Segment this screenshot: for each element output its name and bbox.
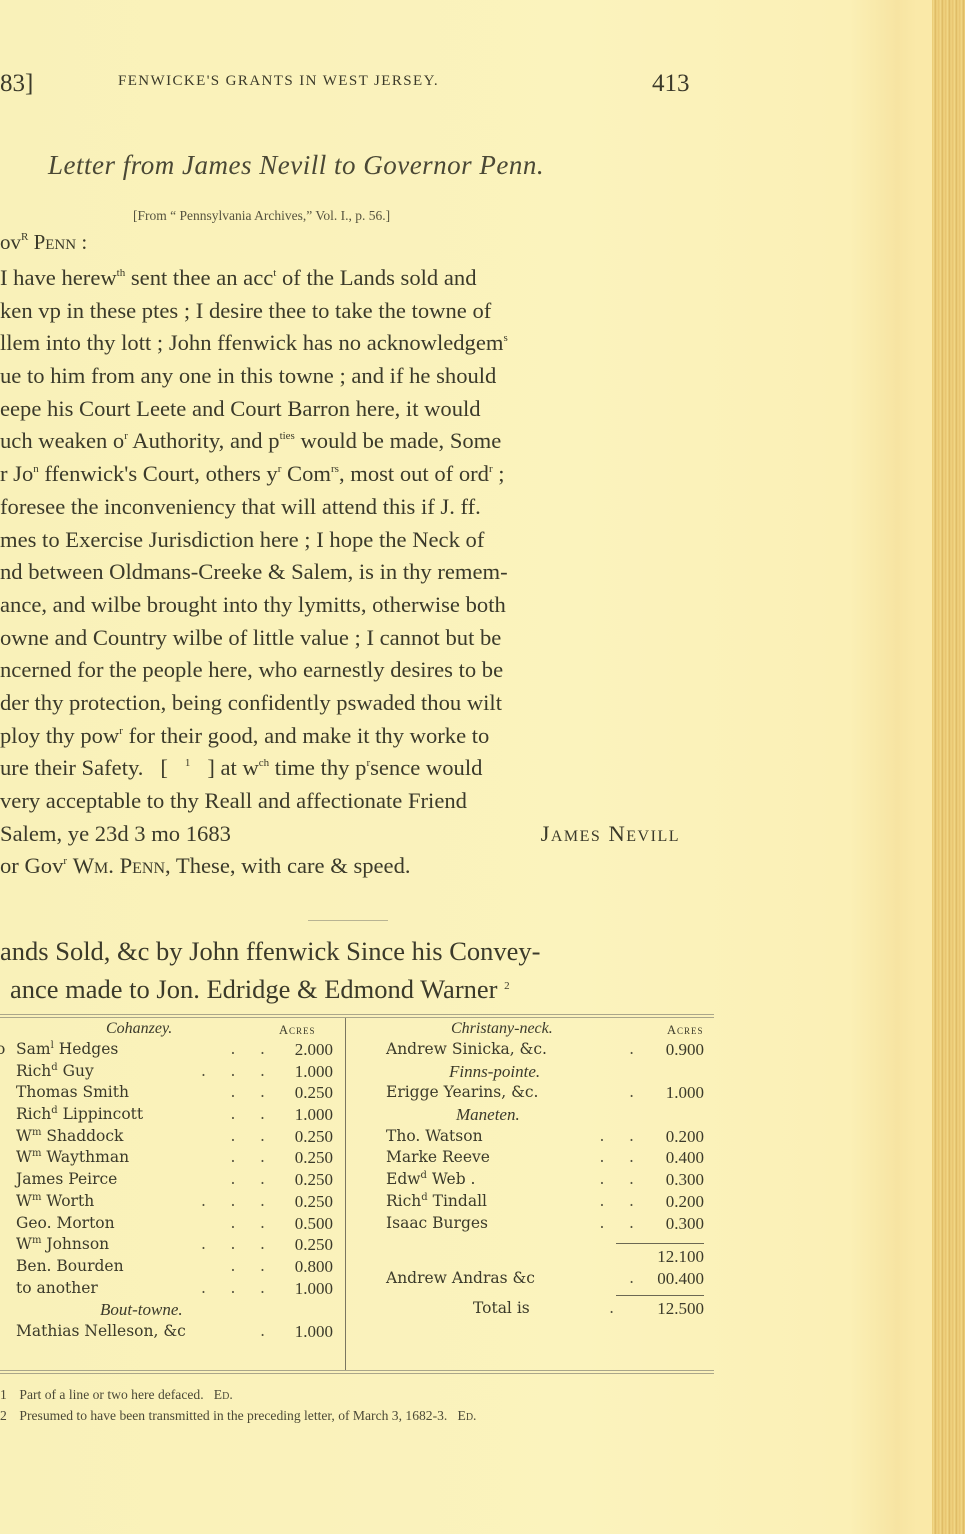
text-run: would be made, Some <box>295 428 501 453</box>
row-name: Isaac Burges <box>386 1214 488 1232</box>
running-head-fragment: 83] <box>0 70 33 98</box>
footnote-ed: Ed. <box>458 1408 477 1423</box>
letter-line: owne and Country wilbe of little value ;… <box>0 622 712 655</box>
leader-dots: . . . <box>201 1062 265 1080</box>
table-column-right: Christany-neck. Acres Andrew Sinicka, &c… <box>346 1018 714 1370</box>
acres-value: 0.500 <box>295 1214 333 1234</box>
right-rows: Andrew Sinicka, &c..0.900Finns-pointe.Er… <box>346 1040 714 1320</box>
footnote-mark: 1 <box>0 1384 16 1405</box>
running-head: 83] Fenwicke's Grants in West Jersey. 41… <box>0 70 710 106</box>
acres-value: 2.000 <box>295 1040 333 1060</box>
row-lead: o <box>0 1040 5 1058</box>
row-name: Wm Worth <box>16 1192 94 1210</box>
running-head-title: Fenwicke's Grants in West Jersey. <box>118 73 439 90</box>
table-row: Isaac Burges. .0.300 <box>346 1214 714 1236</box>
leader-dots: . <box>609 1299 614 1317</box>
letter-title: Letter from James Nevill to Governor Pen… <box>48 150 544 181</box>
land-sales-table: Cohanzey. Acres oSaml Hedges. .2.000Rich… <box>0 1014 714 1374</box>
acres-value: 0.250 <box>295 1170 333 1190</box>
row-name: Edwd Web . <box>386 1170 475 1188</box>
text-run: nd between Oldmans-Creeke & Salem, is in… <box>0 559 508 584</box>
table-row: Wm Waythman. .0.250 <box>0 1148 345 1170</box>
text-run: ploy thy pow <box>0 723 119 748</box>
acres-value: 0.200 <box>666 1127 704 1147</box>
acres-value: 1.000 <box>295 1279 333 1299</box>
salutation-prefix: ov <box>0 230 21 254</box>
salutation: ovR Penn : <box>0 230 87 255</box>
table-row: Wm Worth. . .0.250 <box>0 1192 345 1214</box>
acres-header-left: Acres <box>279 1023 316 1038</box>
text-run: ue to him from any one in this towne ; a… <box>0 363 496 388</box>
table-row: Geo. Morton. .0.500 <box>0 1214 345 1236</box>
text-run: ance, and wilbe brought into thy lymitts… <box>0 592 506 617</box>
superscript: d <box>421 1192 427 1203</box>
dateline-row: Salem, ye 23d 3 mo 1683 James Nevill <box>0 818 680 851</box>
footnote-text: Part of a line or two here defaced. <box>19 1387 203 1402</box>
text-run: der thy protection, being confidently ps… <box>0 690 502 715</box>
superscript: m <box>32 1192 41 1203</box>
acres-value: 0.300 <box>666 1170 704 1190</box>
letter-line: mes to Exercise Jurisdiction here ; I ho… <box>0 524 712 557</box>
row-name: Total is <box>473 1299 530 1317</box>
list-heading: ands Sold, &c by John ffenwick Since his… <box>0 932 541 1008</box>
acres-value: 0.250 <box>295 1127 333 1147</box>
column-header-right: Christany-neck. Acres <box>346 1018 714 1040</box>
row-name: Andrew Sinicka, &c. <box>386 1040 547 1058</box>
footnotes: 1 Part of a line or two here defaced. Ed… <box>0 1384 476 1426</box>
acres-value: 0.200 <box>666 1192 704 1212</box>
table-row: Mathias Nelleson, &c.1.000 <box>0 1322 345 1344</box>
leader-dots: . . <box>231 1257 266 1275</box>
table-columns: Cohanzey. Acres oSaml Hedges. .2.000Rich… <box>0 1018 714 1370</box>
acres-value: 12.100 <box>657 1247 704 1267</box>
acres-value: 1.000 <box>295 1322 333 1342</box>
table-row: Ben. Bourden. .0.800 <box>0 1257 345 1279</box>
leader-dots: . . . <box>201 1279 265 1297</box>
text-run: uch weaken o <box>0 428 124 453</box>
text-run: mes to Exercise Jurisdiction here ; I ho… <box>0 527 484 552</box>
sub-place-row: Maneten. <box>346 1105 714 1127</box>
row-name: Richd Lippincott <box>16 1105 143 1123</box>
place-name: Finns-pointe. <box>449 1062 540 1082</box>
acres-value: 0.250 <box>295 1148 333 1168</box>
footnote-ref: 2 <box>504 980 510 992</box>
text-run: , most out of ord <box>339 461 489 486</box>
acres-value: 0.250 <box>295 1083 333 1103</box>
place-cohanzey: Cohanzey. <box>106 1020 172 1038</box>
leader-dots: . . <box>231 1127 266 1145</box>
leader-dots: . . . <box>201 1235 265 1253</box>
row-name: Mathias Nelleson, &c <box>16 1322 186 1340</box>
list-heading-line1: ands Sold, &c by John ffenwick Since his… <box>0 932 541 970</box>
leader-dots: . . <box>231 1040 266 1058</box>
footnote-1: 1 Part of a line or two here defaced. Ed… <box>0 1384 476 1405</box>
leader-dots: . <box>260 1322 265 1340</box>
letter-lines: I have herewth sent thee an acct of the … <box>0 262 712 818</box>
acres-value: 0.250 <box>295 1192 333 1212</box>
place-name: Maneten. <box>456 1105 520 1125</box>
letter-line: ploy thy powr for their good, and make i… <box>0 720 712 753</box>
address-line: or Govr Wm. Penn, These, with care & spe… <box>0 850 712 883</box>
table-row: Tho. Watson. .0.200 <box>346 1127 714 1149</box>
dateline: Salem, ye 23d 3 mo 1683 <box>0 818 231 851</box>
table-row: Thomas Smith. .0.250 <box>0 1083 345 1105</box>
acres-value: 0.900 <box>666 1040 704 1060</box>
total-rule <box>616 1295 704 1296</box>
letter-line: ue to him from any one in this towne ; a… <box>0 360 712 393</box>
superscript: l <box>51 1040 54 1051</box>
letter-line: ance, and wilbe brought into thy lymitts… <box>0 589 712 622</box>
leader-dots: . . . <box>201 1192 265 1210</box>
acres-value: 1.000 <box>295 1062 333 1082</box>
row-name: Wm Johnson <box>16 1235 109 1253</box>
row-name: Wm Waythman <box>16 1148 129 1166</box>
letter-line: nd between Oldmans-Creeke & Salem, is in… <box>0 556 712 589</box>
table-row: to another. . .1.000 <box>0 1279 345 1301</box>
text-run: foresee the inconveniency that will atte… <box>0 494 481 519</box>
salutation-name: Penn : <box>34 230 88 254</box>
table-row: 12.100 <box>346 1247 714 1269</box>
leader-dots: . <box>629 1083 634 1101</box>
text-run: time thy p <box>269 755 366 780</box>
place-name: Bout-towne. <box>100 1300 183 1320</box>
superscript: m <box>32 1148 41 1159</box>
text-run: sence would <box>370 755 482 780</box>
text-run: ken vp in these ptes ; I desire thee to … <box>0 298 491 323</box>
table-row: oSaml Hedges. .2.000 <box>0 1040 345 1062</box>
text-run: of the Lands sold and <box>276 265 476 290</box>
sub-place-row: Finns-pointe. <box>346 1062 714 1084</box>
list-heading-line2: ance made to Jon. Edridge & Edmond Warne… <box>10 974 497 1004</box>
text-run: llem into thy lott ; John ffenwick has n… <box>0 330 503 355</box>
text-run: ; <box>493 461 505 486</box>
row-name: Tho. Watson <box>386 1127 483 1145</box>
source-citation: [From “ Pennsylvania Archives,” Vol. I.,… <box>133 208 390 224</box>
table-row: Erigge Yearins, &c..1.000 <box>346 1083 714 1105</box>
superscript: d <box>51 1105 57 1116</box>
letter-line: foresee the inconveniency that will atte… <box>0 491 712 524</box>
acres-value: 1.000 <box>295 1105 333 1125</box>
salutation-sup: R <box>21 231 28 243</box>
text-run: r Jo <box>0 461 33 486</box>
superscript: m <box>32 1235 41 1246</box>
signature: James Nevill <box>541 818 680 851</box>
row-name: Wm Shaddock <box>16 1127 123 1145</box>
row-name: Marke Reeve <box>386 1148 490 1166</box>
text-run: sent thee an acc <box>125 265 273 290</box>
spacer <box>346 1235 714 1243</box>
footnote-mark: 2 <box>0 1405 16 1426</box>
letter-line: ure their Safety. [ 1 ] at wch time thy … <box>0 752 712 785</box>
acres-value: 12.500 <box>657 1299 704 1319</box>
text-run: for their good, and make it thy worke to <box>123 723 489 748</box>
leader-dots: . . <box>231 1170 266 1188</box>
place-christany-neck: Christany-neck. <box>451 1020 553 1038</box>
row-name: Richd Tindall <box>386 1192 487 1210</box>
text-run: very acceptable to thy Reall and affecti… <box>0 788 467 813</box>
leader-dots: . . <box>231 1214 266 1232</box>
table-row: Edwd Web .. .0.300 <box>346 1170 714 1192</box>
superscript: d <box>51 1062 57 1073</box>
section-divider <box>308 920 388 921</box>
table-row: James Peirce. .0.250 <box>0 1170 345 1192</box>
page-number: 413 <box>652 70 690 98</box>
acres-value: 0.400 <box>666 1148 704 1168</box>
leader-dots: . . <box>600 1127 635 1145</box>
letter-line: ken vp in these ptes ; I desire thee to … <box>0 295 712 328</box>
leader-dots: . . <box>231 1083 266 1101</box>
text-run: ure their Safety. [ <box>0 755 185 780</box>
acres-value: 0.250 <box>295 1235 333 1255</box>
row-name: Saml Hedges <box>16 1040 118 1058</box>
superscript: d <box>421 1170 427 1181</box>
left-rows: oSaml Hedges. .2.000Richd Guy. . .1.000T… <box>0 1040 345 1344</box>
row-name: Geo. Morton <box>16 1214 115 1232</box>
leader-dots: . . <box>600 1192 635 1210</box>
sum-rule <box>616 1243 704 1244</box>
text-run: ] at w <box>190 755 258 780</box>
sub-place-row: Bout-towne. <box>0 1300 345 1322</box>
text-run: or Gov <box>0 853 63 878</box>
letter-line: I have herewth sent thee an acct of the … <box>0 262 712 295</box>
acres-value: 0.800 <box>295 1257 333 1277</box>
acres-header-right: Acres <box>667 1023 704 1038</box>
leader-dots: . . <box>231 1148 266 1166</box>
letter-line: uch weaken or Authority, and pties would… <box>0 425 712 458</box>
row-name: Erigge Yearins, &c. <box>386 1083 539 1101</box>
footnote-text: Presumed to have been transmitted in the… <box>19 1408 447 1423</box>
leader-dots: . <box>629 1040 634 1058</box>
text-run: Com <box>281 461 331 486</box>
row-name: Ben. Bourden <box>16 1257 124 1275</box>
text-run: ffenwick's Court, others y <box>39 461 278 486</box>
footnote-2: 2 Presumed to have been transmitted in t… <box>0 1405 476 1426</box>
table-row: Marke Reeve. .0.400 <box>346 1148 714 1170</box>
acres-value: 00.400 <box>657 1269 704 1289</box>
table-row: Richd Lippincott. .1.000 <box>0 1105 345 1127</box>
letter-line: r Jon ffenwick's Court, others yr Comrs,… <box>0 458 712 491</box>
table-row: Wm Shaddock. .0.250 <box>0 1127 345 1149</box>
footnote-ed: Ed. <box>214 1387 233 1402</box>
table-column-left: Cohanzey. Acres oSaml Hedges. .2.000Rich… <box>0 1018 346 1370</box>
page-edge-decoration <box>932 0 965 1534</box>
text-run: , These, with care & speed. <box>165 853 411 878</box>
superscript: ch <box>259 757 269 769</box>
list-heading-line2-wrap: ance made to Jon. Edridge & Edmond Warne… <box>0 970 541 1008</box>
leader-dots: . . <box>231 1105 266 1123</box>
text-run: Authority, and p <box>128 428 280 453</box>
text-run: ncerned for the people here, who earnest… <box>0 657 503 682</box>
leader-dots: . . <box>600 1170 635 1188</box>
table-row: Richd Guy. . .1.000 <box>0 1062 345 1084</box>
table-row: Andrew Sinicka, &c..0.900 <box>346 1040 714 1062</box>
row-name: Richd Guy <box>16 1062 94 1080</box>
superscript: s <box>503 332 507 344</box>
acres-value: 1.000 <box>666 1083 704 1103</box>
superscript: ties <box>280 430 295 442</box>
superscript: rs <box>331 463 339 475</box>
text-run: eepe his Court Leete and Court Barron he… <box>0 396 481 421</box>
row-name: to another <box>16 1279 98 1297</box>
table-row: Wm Johnson. . .0.250 <box>0 1235 345 1257</box>
letter-body: I have herewth sent thee an acct of the … <box>0 262 712 883</box>
letter-line: der thy protection, being confidently ps… <box>0 687 712 720</box>
row-name: James Peirce <box>16 1170 117 1188</box>
letter-line: ncerned for the people here, who earnest… <box>0 654 712 687</box>
superscript: th <box>117 267 126 279</box>
column-header-left: Cohanzey. Acres <box>0 1018 345 1040</box>
row-name: Thomas Smith <box>16 1083 129 1101</box>
table-row: Andrew Andras &c.00.400 <box>346 1269 714 1291</box>
leader-dots: . . <box>600 1148 635 1166</box>
text-run: I have herew <box>0 265 117 290</box>
small-caps-text: Wm. Penn <box>73 853 165 878</box>
table-bottom-rule <box>0 1370 714 1374</box>
table-row: Richd Tindall. .0.200 <box>346 1192 714 1214</box>
text-run: owne and Country wilbe of little value ;… <box>0 625 501 650</box>
acres-value: 0.300 <box>666 1214 704 1234</box>
leader-dots: . <box>629 1269 634 1287</box>
letter-line: eepe his Court Leete and Court Barron he… <box>0 393 712 426</box>
table-row: Total is.12.500 <box>346 1299 714 1321</box>
leader-dots: . . <box>600 1214 635 1232</box>
letter-line: very acceptable to thy Reall and affecti… <box>0 785 712 818</box>
row-name: Andrew Andras &c <box>386 1269 535 1287</box>
superscript: m <box>32 1127 41 1138</box>
letter-line: llem into thy lott ; John ffenwick has n… <box>0 327 712 360</box>
